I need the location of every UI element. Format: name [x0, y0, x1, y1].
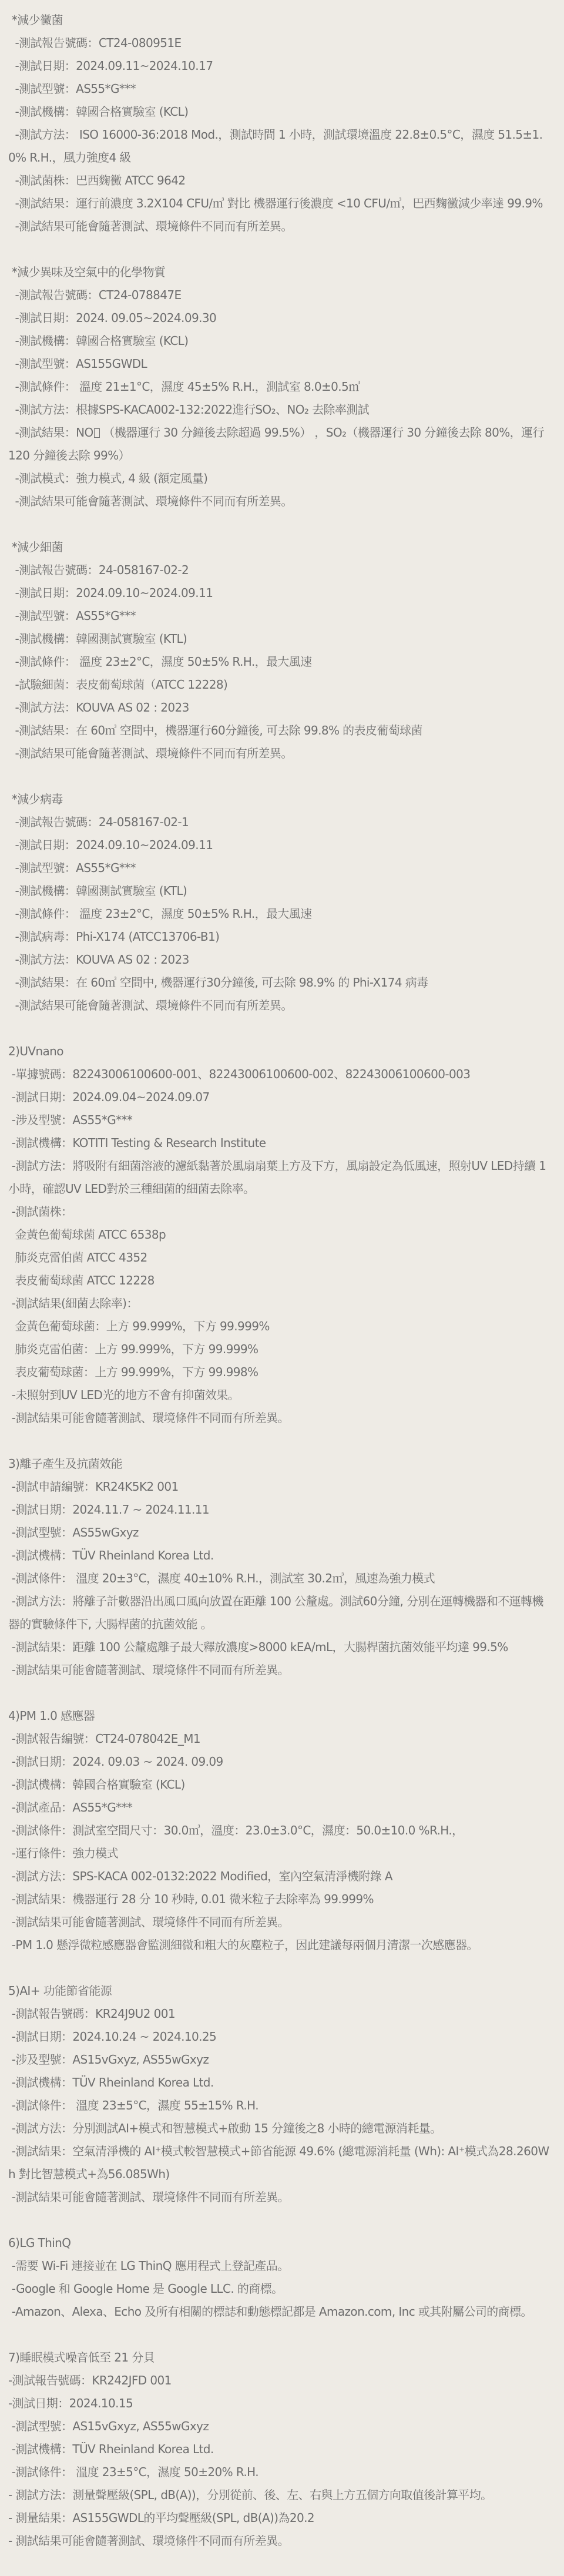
detail-line: -測試結果可能會隨著測試、環境條件不同而有所差異。: [8, 2186, 551, 2209]
section-title: *減少黴菌: [8, 9, 551, 32]
detail-line: -測試菌株：巴西麴黴 ATCC 9642: [8, 169, 551, 192]
product-test-disclaimer-document: *減少黴菌 -測試報告號碼：CT24-080951E -測試日期：2024.09…: [8, 9, 551, 2552]
detail-line: - 測量結果：AS155GWDL的平均聲壓級(SPL, dB(A))為20.2: [8, 2507, 551, 2530]
detail-line: -測試型號：AS55*G***: [8, 605, 551, 628]
detail-line: -涉及型號：AS55*G***: [8, 1109, 551, 1132]
detail-line: 金黃色葡萄球菌 ATCC 6538p: [8, 1223, 551, 1246]
detail-line: -未照射到UV LED光的地方不會有抑菌效果。: [8, 1384, 551, 1407]
test-section: *減少異味及空氣中的化學物質 -測試報告號碼：CT24-078847E -測試日…: [8, 261, 551, 513]
detail-line: -測試病毒：Phi-X174 (ATCC13706-B1): [8, 925, 551, 948]
detail-line: -試驗細菌：表皮葡萄球菌（ATCC 12228): [8, 673, 551, 696]
detail-line: -測試方法： ISO 16000-36:2018 Mod.，測試時間 1 小時，…: [8, 123, 551, 169]
detail-line: - 測試結果可能會隨著測試、環境條件不同而有所差異。: [8, 2530, 551, 2552]
detail-line: -測試機構：TÜV Rheinland Korea Ltd.: [8, 1544, 551, 1567]
detail-line: -測試結果：在 60㎥ 空間中, 機器運行30分鐘後, 可去除 98.9% 的 …: [8, 971, 551, 994]
detail-line: -測試結果可能會隨著測試、環境條件不同而有所差異。: [8, 742, 551, 765]
detail-line: -測試報告號碼：CT24-078847E: [8, 284, 551, 307]
detail-line: -PM 1.0 懸浮微粒感應器會監測細微和粗大的灰塵粒子，因此建議每兩個月清潔一…: [8, 1934, 551, 1957]
test-section: *減少黴菌 -測試報告號碼：CT24-080951E -測試日期：2024.09…: [8, 9, 551, 238]
detail-line: -測試條件： 溫度 23±2°C，濕度 50±5% R.H.，最大風速: [8, 650, 551, 673]
detail-line: -測試條件： 溫度 23±5°C，濕度 55±15% R.H.: [8, 2094, 551, 2117]
detail-line: -測試日期：2024.10.15: [8, 2392, 551, 2415]
detail-line: -測試條件：測試室空間尺寸：30.0㎥，溫度：23.0±3.0°C，濕度：50.…: [8, 1819, 551, 1842]
detail-line: -測試機構：韓國測試實驗室 (KTL): [8, 880, 551, 903]
section-title: 2)UVnano: [8, 1040, 551, 1063]
detail-line: -測試條件： 溫度 21±1°C，濕度 45±5% R.H.，測試室 8.0±0…: [8, 375, 551, 398]
detail-line: -測試結果：NO （機器運行 30 分鐘後去除超過 99.5%） ，SO₂（機器…: [8, 421, 551, 467]
detail-line: -涉及型號：AS15vGxyz, AS55wGxyz: [8, 2048, 551, 2071]
detail-line: -測試型號：AS55*G***: [8, 78, 551, 100]
section-title: 7)睡眠模式噪音低至 21 分貝: [8, 2346, 551, 2369]
detail-line: -測試型號：AS55*G***: [8, 857, 551, 880]
detail-line: -測試日期：2024.09.10~2024.09.11: [8, 834, 551, 857]
detail-line: -測試方法：KOUVA AS 02 : 2023: [8, 696, 551, 719]
detail-line: -測試結果可能會隨著測試、環境條件不同而有所差異。: [8, 1659, 551, 1682]
detail-line: -測試方法：將吸附有細菌溶液的濾紙黏著於風扇扇葉上方及下方，風扇設定為低風速，照…: [8, 1155, 551, 1200]
detail-line: -Google 和 Google Home 是 Google LLC. 的商標。: [8, 2278, 551, 2300]
test-section: 7)睡眠模式噪音低至 21 分貝-測試報告號碼：KR242JFD 001-測試日…: [8, 2346, 551, 2552]
detail-line: -測試模式：強力模式, 4 級 (額定風量): [8, 467, 551, 490]
detail-line: -測試機構：韓國合格實驗室 (KCL): [8, 330, 551, 353]
detail-line: -單據號碼：82243006100600-001、82243006100600-…: [8, 1063, 551, 1086]
detail-line: -測試日期：2024.09.10~2024.09.11: [8, 582, 551, 605]
detail-line: 肺炎克雷伯菌 ATCC 4352: [8, 1246, 551, 1269]
section-title: *減少異味及空氣中的化學物質: [8, 261, 551, 284]
detail-line: -測試申請編號：KR24K5K2 001: [8, 1475, 551, 1498]
detail-line: -測試產品：AS55*G***: [8, 1796, 551, 1819]
detail-line: -測試結果可能會隨著測試、環境條件不同而有所差異。: [8, 994, 551, 1017]
detail-line: -測試日期：2024.09.11~2024.10.17: [8, 55, 551, 78]
detail-line: -測試報告編號：CT24-078042E_M1: [8, 1728, 551, 1750]
detail-line: -測試結果：距離 100 公釐處離子最大釋放濃度>8000 kEA/mL，大腸桿…: [8, 1636, 551, 1659]
detail-line: -測試機構：TÜV Rheinland Korea Ltd.: [8, 2438, 551, 2461]
detail-line: 金黃色葡萄球菌：上方 99.999%，下方 99.999%: [8, 1315, 551, 1338]
detail-line: -測試日期：2024.10.24 ~ 2024.10.25: [8, 2025, 551, 2048]
test-section: 2)UVnano -單據號碼：82243006100600-001、822430…: [8, 1040, 551, 1430]
detail-line: -測試結果：運行前濃度 3.2X104 CFU/㎥ 對比 機器運行後濃度 <10…: [8, 192, 551, 215]
detail-line: -測試報告號碼：CT24-080951E: [8, 32, 551, 55]
detail-line: -測試報告號碼：KR24J9U2 001: [8, 2003, 551, 2025]
detail-line: -測試日期：2024.09.04~2024.09.07: [8, 1086, 551, 1109]
detail-line: -測試菌株：: [8, 1200, 551, 1223]
detail-line: -測試結果可能會隨著測試、環境條件不同而有所差異。: [8, 490, 551, 513]
detail-line: -測試方法：根據SPS-KACA002-132:2022進行SO₂、NO₂ 去除…: [8, 398, 551, 421]
detail-line: -測試結果：在 60㎥ 空間中，機器運行60分鐘後, 可去除 99.8% 的表皮…: [8, 719, 551, 742]
detail-line: -測試機構：韓國測試實驗室 (KTL): [8, 628, 551, 650]
detail-line: -測試報告號碼：KR242JFD 001: [8, 2369, 551, 2392]
detail-line: -Amazon、Alexa、Echo 及所有相關的標誌和動態標記都是 Amazo…: [8, 2300, 551, 2323]
detail-line: -測試機構：TÜV Rheinland Korea Ltd.: [8, 2071, 551, 2094]
detail-line: -測試結果(細菌去除率)：: [8, 1292, 551, 1315]
detail-line: -需要 Wi-Fi 連接並在 LG ThinQ 應用程式上登記產品。: [8, 2255, 551, 2278]
detail-line: -測試條件： 溫度 23±5°C，濕度 50±20% R.H.: [8, 2461, 551, 2484]
detail-line: -測試條件： 溫度 23±2°C，濕度 50±5% R.H.，最大風速: [8, 903, 551, 925]
detail-line: -測試結果可能會隨著測試、環境條件不同而有所差異。: [8, 1911, 551, 1934]
missing-glyph-icon: [94, 428, 100, 438]
detail-line: -測試日期：2024.11.7 ~ 2024.11.11: [8, 1498, 551, 1521]
detail-line: -測試機構：韓國合格實驗室 (KCL): [8, 100, 551, 123]
test-section: 5)AI+ 功能節省能源 -測試報告號碼：KR24J9U2 001 -測試日期：…: [8, 1980, 551, 2209]
test-section: 4)PM 1.0 感應器 -測試報告編號：CT24-078042E_M1 -測試…: [8, 1705, 551, 1957]
test-section: 3)離子產生及抗菌效能 -測試申請編號：KR24K5K2 001 -測試日期：2…: [8, 1453, 551, 1682]
detail-line: -測試機構：韓國合格實驗室 (KCL): [8, 1773, 551, 1796]
section-title: 5)AI+ 功能節省能源: [8, 1980, 551, 2003]
detail-line: -測試型號：AS55wGxyz: [8, 1521, 551, 1544]
detail-line: -測試結果：空氣清淨機的 AI⁺模式較智慧模式+節省能源 49.6% (總電源消…: [8, 2140, 551, 2186]
detail-line: -測試條件： 溫度 20±3°C，濕度 40±10% R.H.，測試室 30.2…: [8, 1567, 551, 1590]
detail-line: -測試日期：2024. 09.05~2024.09.30: [8, 307, 551, 330]
detail-line: -運行條件：強力模式: [8, 1842, 551, 1865]
section-title: 3)離子產生及抗菌效能: [8, 1453, 551, 1475]
detail-line: -測試機構：KOTITI Testing & Research Institut…: [8, 1132, 551, 1155]
detail-line: -測試方法：將離子計數器沿出風口風向放置在距離 100 公釐處。測試60分鐘, …: [8, 1590, 551, 1636]
detail-line: -測試日期：2024. 09.03 ~ 2024. 09.09: [8, 1750, 551, 1773]
detail-line: -測試方法：KOUVA AS 02 : 2023: [8, 948, 551, 971]
test-section: 6)LG ThinQ -需要 Wi-Fi 連接並在 LG ThinQ 應用程式上…: [8, 2232, 551, 2323]
detail-line: -測試結果可能會隨著測試、環境條件不同而有所差異。: [8, 1407, 551, 1430]
detail-line: -測試方法：SPS-KACA 002-0132:2022 Modified，室內…: [8, 1865, 551, 1888]
test-section: *減少細菌 -測試報告號碼：24-058167-02-2 -測試日期：2024.…: [8, 536, 551, 765]
section-title: *減少病毒: [8, 788, 551, 811]
detail-line: -測試報告號碼：24-058167-02-2: [8, 559, 551, 582]
detail-line: -測試型號：AS15vGxyz, AS55wGxyz: [8, 2415, 551, 2438]
detail-line: -測試型號：AS155GWDL: [8, 353, 551, 375]
detail-line: 表皮葡萄球菌 ATCC 12228: [8, 1269, 551, 1292]
detail-line: - 測試方法：測量聲壓級(SPL, dB(A))，分別從前、後、左、右與上方五個…: [8, 2484, 551, 2507]
detail-line: -測試方法：分別測試AI+模式和智慧模式+啟動 15 分鐘後之8 小時的總電源消…: [8, 2117, 551, 2140]
detail-line: 表皮葡萄球菌：上方 99.999%，下方 99.998%: [8, 1361, 551, 1384]
detail-line: -測試報告號碼：24-058167-02-1: [8, 811, 551, 834]
section-title: *減少細菌: [8, 536, 551, 559]
test-section: *減少病毒 -測試報告號碼：24-058167-02-1 -測試日期：2024.…: [8, 788, 551, 1017]
section-title: 6)LG ThinQ: [8, 2232, 551, 2255]
detail-line: -測試結果：機器運行 28 分 10 秒時, 0.01 微米粒子去除率為 99.…: [8, 1888, 551, 1911]
detail-line: 肺炎克雷伯菌：上方 99.999%，下方 99.999%: [8, 1338, 551, 1361]
detail-line: -測試結果可能會隨著測試、環境條件不同而有所差異。: [8, 215, 551, 238]
section-title: 4)PM 1.0 感應器: [8, 1705, 551, 1728]
